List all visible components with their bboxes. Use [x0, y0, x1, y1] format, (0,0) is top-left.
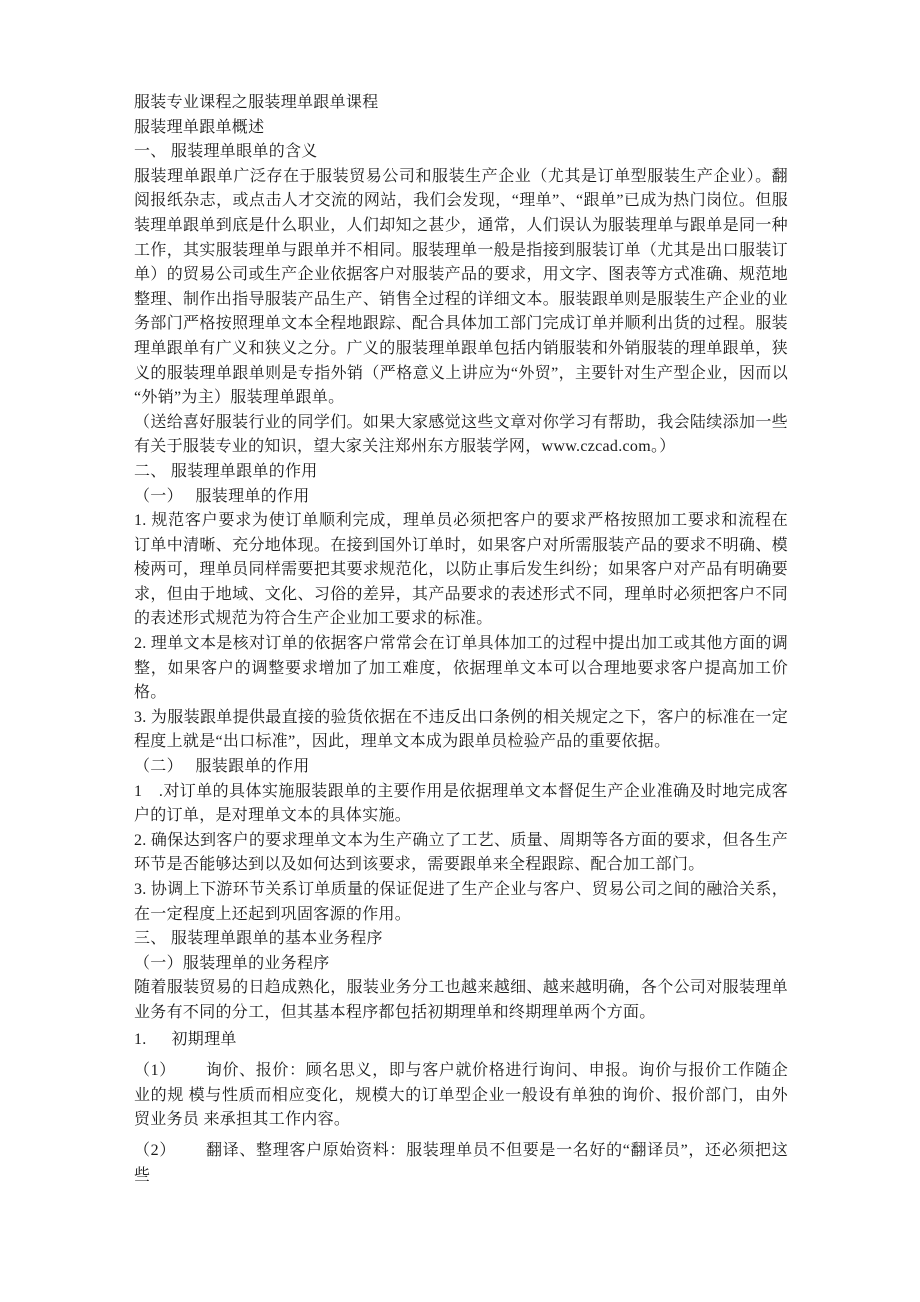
document-page: 服装专业课程之服装理单跟单课程 服装理单跟单概述 一、 服装理单眼单的含义 服装… — [0, 0, 920, 1302]
subsection-heading-3-1: （一）服装理单的业务程序 — [134, 952, 788, 977]
paragraph-gendan-role-1: 1 .对订单的具体实施服装跟单的主要作用是依据理单文本督促生产企业准确及时地完成… — [134, 780, 788, 829]
subsection-heading-2-1: （一） 服装理单的作用 — [134, 485, 788, 510]
doc-subtitle-line: 服装理单跟单概述 — [134, 116, 788, 141]
paragraph-lidan-role-3: 3. 为服装跟单提供最直接的验货依据在不违反出口条例的相关规定之下，客户的标准在… — [134, 706, 788, 755]
paragraph-note: （送给喜好服装行业的同学们。如果大家感觉这些文章对你学习有帮助，我会陆续添加一些… — [134, 411, 788, 460]
section-heading-two: 二、 服装理单跟单的作用 — [134, 460, 788, 485]
list-item-translate-organize: （2） 翻译、整理客户原始资料：服装理单员不但要是一名好的“翻译员”，还必须把这… — [134, 1139, 788, 1188]
paragraph-lidan-role-2: 2. 理单文本是核对订单的依据客户常常会在订单具体加工的过程中提出加工或其他方面… — [134, 632, 788, 706]
doc-title-line: 服装专业课程之服装理单跟单课程 — [134, 91, 788, 116]
paragraph-lidan-role-1: 1. 规范客户要求为使订单顺利完成，理单员必须把客户的要求严格按照加工要求和流程… — [134, 509, 788, 632]
subsection-heading-2-2: （二） 服装跟单的作用 — [134, 755, 788, 780]
section-heading-one: 一、 服装理单眼单的含义 — [134, 140, 788, 165]
paragraph-gendan-role-2: 2. 确保达到客户的要求理单文本为生产确立了工艺、质量、周期等各方面的要求，但各… — [134, 829, 788, 878]
list-item-inquiry-quote: （1） 询价、报价：顾名思义，即与客户就价格进行询问、申报。询价与报价工作随企业… — [134, 1059, 788, 1133]
paragraph-gendan-role-3: 3. 协调上下游环节关系订单质量的保证促进了生产企业与客户、贸易公司之间的融洽关… — [134, 878, 788, 927]
list-item-initial-lidan: 1. 初期理单 — [134, 1028, 788, 1053]
paragraph-procedure-intro: 随着服装贸易的日趋成熟化，服装业务分工也越来越细、越来越明确，各个公司对服装理单… — [134, 976, 788, 1025]
paragraph-definition: 服装理单跟单广泛存在于服装贸易公司和服装生产企业（尤其是订单型服装生产企业）。翻… — [134, 165, 788, 411]
section-heading-three: 三、 服装理单跟单的基本业务程序 — [134, 927, 788, 952]
